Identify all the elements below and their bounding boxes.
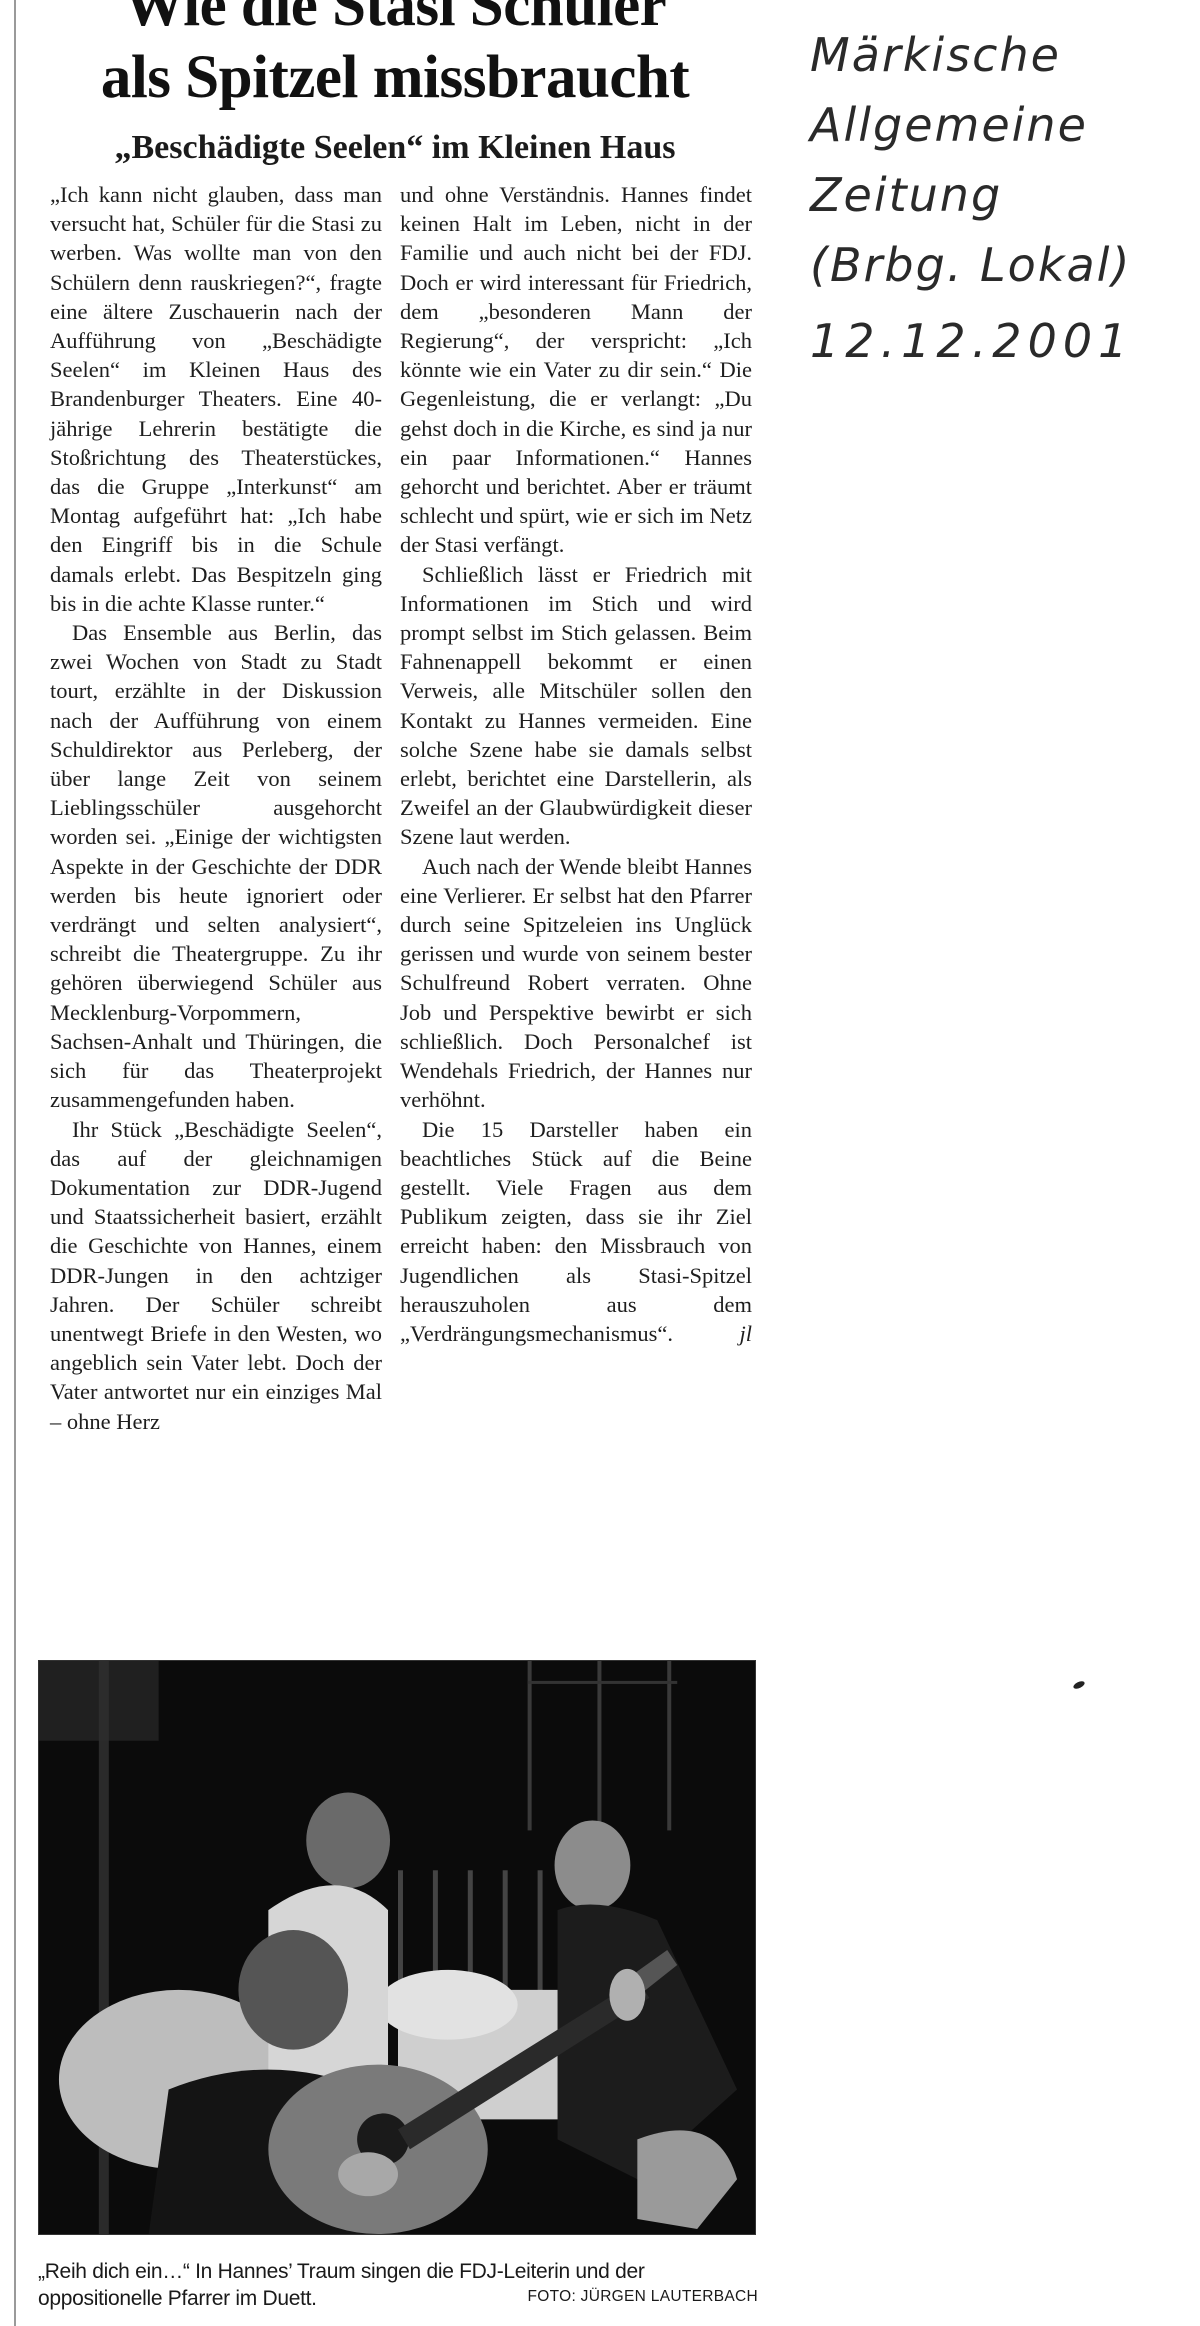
handwritten-date: 12.12.2001 xyxy=(810,306,1190,376)
paragraph: Ihr Stück „Beschädigte Seelen“, das auf … xyxy=(50,1115,382,1436)
handwritten-line: Allgemeine xyxy=(810,90,1190,160)
paragraph: Das Ensemble aus Berlin, das zwei Wochen… xyxy=(50,618,382,1114)
paragraph: „Ich kann nicht glauben, dass man versuc… xyxy=(50,180,382,618)
article-headline: Wie die Stasi Schüler als Spitzel missbr… xyxy=(40,0,750,114)
paragraph: Schließlich lässt er Friedrich mit Infor… xyxy=(400,560,752,852)
headline-line-2: als Spitzel missbraucht xyxy=(101,44,689,111)
author-initials: jl xyxy=(717,1319,752,1348)
paragraph: Auch nach der Wende bleibt Hannes eine V… xyxy=(400,852,752,1115)
article-column-left: „Ich kann nicht glauben, dass man versuc… xyxy=(50,180,382,1436)
paragraph-text: Die 15 Darsteller haben ein beachtliches… xyxy=(400,1117,752,1346)
article-column-right: und ohne Verständnis. Hannes findet kein… xyxy=(400,180,752,1348)
article-subheadline: „Beschädigte Seelen“ im Kleinen Haus xyxy=(40,128,750,168)
scan-edge-line xyxy=(14,0,16,2326)
handwritten-line: Zeitung xyxy=(810,160,1190,230)
stage-photo-illustration xyxy=(39,1661,755,2234)
handwritten-source-note: Märkische Allgemeine Zeitung (Brbg. Loka… xyxy=(810,20,1190,376)
paragraph: und ohne Verständnis. Hannes findet kein… xyxy=(400,180,752,560)
handwritten-line: Märkische xyxy=(810,20,1190,90)
article-photo xyxy=(38,1660,756,2235)
headline-line-1: Wie die Stasi Schüler xyxy=(124,0,667,39)
photo-credit: FOTO: JÜRGEN LAUTERBACH xyxy=(512,2288,758,2306)
scan-speck xyxy=(1072,1680,1085,1691)
handwritten-line: (Brbg. Lokal) xyxy=(810,230,1190,300)
paragraph: Die 15 Darsteller haben ein beachtliches… xyxy=(400,1115,752,1349)
